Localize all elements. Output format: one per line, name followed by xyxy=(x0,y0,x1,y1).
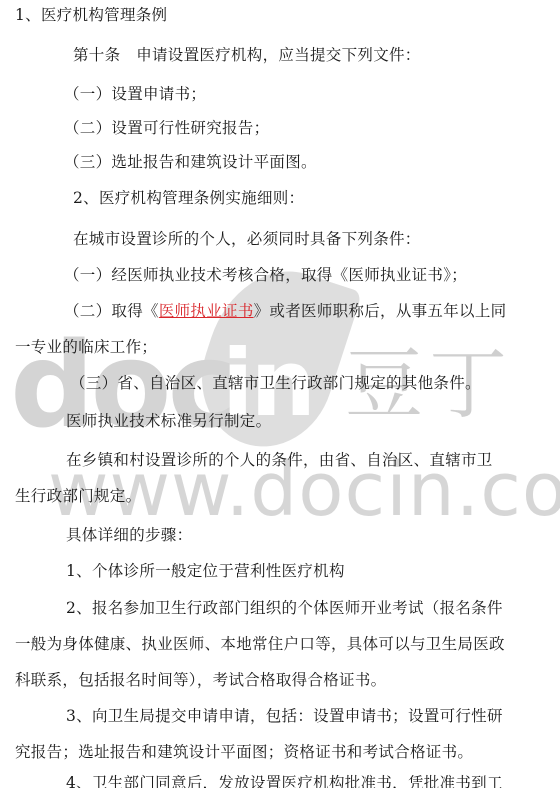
step-item: 2、报名参加卫生行政部门组织的个体医师开业考试（报名条件 xyxy=(66,598,503,618)
steps-heading: 具体详细的步骤： xyxy=(66,525,192,545)
step-item: 3、向卫生局提交申请申请，包括：设置申请书；设置可行性研 xyxy=(66,706,503,726)
paragraph-continuation: 一专业的临床工作； xyxy=(15,337,157,357)
step-item: 4、卫生部门同意后，发放设置医疗机构批准书，凭批准书到工 xyxy=(66,773,503,788)
list-item: （二）设置可行性研究报告； xyxy=(64,118,269,138)
certificate-link[interactable]: 医师执业证书 xyxy=(159,302,254,320)
article-ten: 第十条 申请设置医疗机构，应当提交下列文件： xyxy=(73,45,421,65)
section-heading-1: 1、医疗机构管理条例 xyxy=(15,5,167,25)
step-continuation: 究报告；选址报告和建筑设计平面图；资格证书和考试合格证书。 xyxy=(15,742,473,762)
list-item: （一）设置申请书； xyxy=(64,84,206,104)
section-heading-2: 2、医疗机构管理条例实施细则： xyxy=(73,188,304,208)
paragraph-continuation: 生行政部门规定。 xyxy=(15,486,141,506)
paragraph: 在乡镇和村设置诊所的个人的条件，由省、自治区、直辖市卫 xyxy=(66,450,493,470)
paragraph: 在城市设置诊所的个人，必须同时具备下列条件： xyxy=(73,229,421,249)
list-item: （三）选址报告和建筑设计平面图。 xyxy=(64,152,317,172)
list-item: （一）经医师执业技术考核合格，取得《医师执业证书》； xyxy=(64,265,467,285)
step-item: 1、个体诊所一般定位于营利性医疗机构 xyxy=(66,561,345,581)
step-continuation: 一般为身体健康、执业医师、本地常住户口等，具体可以与卫生局医政 xyxy=(15,634,505,654)
paragraph: 医师执业技术标准另行制定。 xyxy=(66,411,271,431)
list-item: （三）省、自治区、直辖市卫生行政部门规定的其他条件。 xyxy=(70,373,481,393)
document-page: doc in 豆丁 www.docin.com 1、医疗机构管理条例 第十条 申… xyxy=(0,0,560,788)
list-item-prefix: （二）取得《 xyxy=(64,302,159,320)
list-item-suffix: 》或者医师职称后，从事五年以上同 xyxy=(254,302,507,320)
list-item: （二）取得《医师执业证书》或者医师职称后，从事五年以上同 xyxy=(64,301,506,321)
step-continuation: 科联系，包括报名时间等），考试合格取得合格证书。 xyxy=(15,670,386,690)
